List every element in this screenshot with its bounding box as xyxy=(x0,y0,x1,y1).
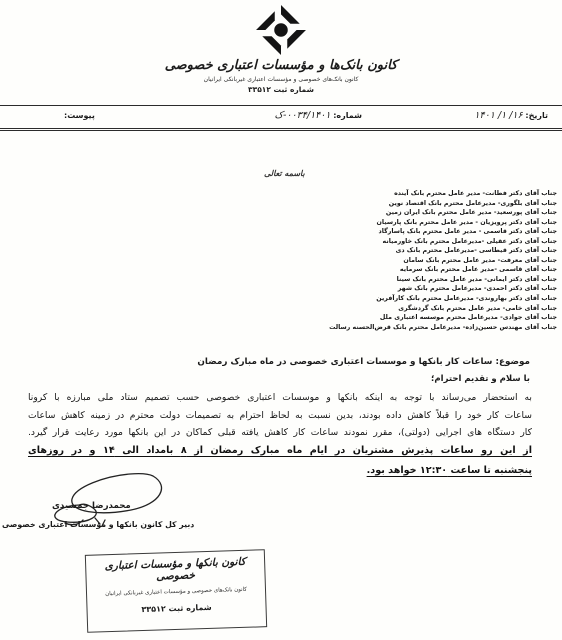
body-line: به استحضار می‌رساند با توجه به اینکه بان… xyxy=(28,389,532,407)
org-registration-number: شماره ثبت ۳۳۵۱۲ xyxy=(0,85,562,94)
number-label: شماره: xyxy=(333,111,362,120)
subject-line: موضوع: ساعات کار بانکها و موسسات اعتباری… xyxy=(197,357,530,367)
signatory-name: محمدرضا جمشیدی xyxy=(52,501,131,511)
salutation: با سلام و تقدیم احترام؛ xyxy=(431,374,530,384)
body-paragraph: به استحضار می‌رساند با توجه به اینکه بان… xyxy=(28,389,532,442)
stamp-registration-number: شماره ثبت ۳۳۵۱۲ xyxy=(87,601,265,616)
body-line: کار دستگاه های اجرایی (دولتی)، مقرر نمود… xyxy=(28,424,532,442)
date-label: تاریخ: xyxy=(525,111,548,120)
org-name: کانون بانک‌ها و مؤسسات اعتباری خصوصی xyxy=(0,58,562,73)
letter-page: کانون بانک‌ها و مؤسسات اعتباری خصوصی کان… xyxy=(0,0,562,640)
recipient-item: جناب آقای مهندس حسین‌زاده- مدیرعامل محتر… xyxy=(329,323,557,333)
recipient-item: جناب آقای قاسمی -مدیر عامل محترم بانک سر… xyxy=(329,265,557,275)
letterhead: کانون بانک‌ها و مؤسسات اعتباری خصوصی کان… xyxy=(0,4,562,94)
recipient-item: جناب آقای دکتر بهاروندی- مدیرعامل محترم … xyxy=(329,294,557,304)
number-value: ۰۰۳۴/۱۴۰۱-ک xyxy=(274,110,330,121)
date-value: ۱۶/ ۱/ ۱۴۰۱ xyxy=(474,110,522,121)
recipients-list: جناب آقای دکتر فطانت- مدیر عامل محترم با… xyxy=(329,189,557,332)
stamp-box: کانون بانکها و مؤسسات اعتباری خصوصی کانو… xyxy=(85,549,267,633)
recipient-item: جناب آقای دکتر عقیلی -مدیرعامل محترم بان… xyxy=(329,237,557,247)
handwritten-signature-icon xyxy=(35,468,175,528)
recipient-item: جناب آقای پورسعید- مدیر عامل محترم بانک … xyxy=(329,208,557,218)
recipient-item: جناب آقای معرفت- مدیر عامل محترم بانک سا… xyxy=(329,256,557,266)
stamp-org-subtitle: کانون بانک‌های خصوصی و مؤسسات اعتباری غی… xyxy=(87,586,265,598)
recipient-item: جناب آقای دکتر پرویزیان - مدیر عامل محتر… xyxy=(329,218,557,228)
recipient-item: جناب آقای دکتر قیطاسی -مدیرعامل محترم با… xyxy=(329,246,557,256)
attachment-field: پیوست: xyxy=(64,110,95,121)
signatory-title: دبیر کل کانون بانکها و مؤسسات اعتباری خص… xyxy=(2,520,194,529)
recipient-item: جناب آقای دکتر فطانت- مدیر عامل محترم با… xyxy=(329,189,557,199)
recipient-item: جناب آقای دکتر احمدی- مدیرعامل محترم بان… xyxy=(329,284,557,294)
recipient-item: جناب آقای دکتر قاسمی - مدیر عامل محترم ب… xyxy=(329,227,557,237)
body-line: ساعات کار خود را قبلاً کاهش داده بودند، … xyxy=(28,407,532,425)
recipient-item: جناب آقای بلگوری- مدیرعامل محترم بانک اق… xyxy=(329,199,557,209)
date-field: تاریخ: ۱۶/ ۱/ ۱۴۰۱ xyxy=(474,110,548,121)
besmellah-invocation: باسمه تعالی xyxy=(264,169,305,178)
info-bar: تاریخ: ۱۶/ ۱/ ۱۴۰۱ شماره: ۰۰۳۴/۱۴۰۱-ک پی… xyxy=(0,105,562,131)
recipient-item: جناب آقای دکتر ایمانی- مدیر عامل محترم ب… xyxy=(329,275,557,285)
highlight-line: از این رو ساعات پذیرش مشتریان در ایام ما… xyxy=(28,441,532,461)
attachment-label: پیوست: xyxy=(64,111,95,120)
recipient-item: جناب آقای خامی- مدیر عامل محترم بانک گرد… xyxy=(329,304,557,314)
recipient-item: جناب آقای جوادی- مدیرعامل محترم موسسه اع… xyxy=(329,313,557,323)
stamp-org-name: کانون بانکها و مؤسسات اعتباری خصوصی xyxy=(86,555,265,585)
org-subtitle: کانون بانک‌های خصوصی و مؤسسات اعتباری غی… xyxy=(0,76,562,83)
association-pinwheel-logo-icon xyxy=(252,4,310,56)
number-field: شماره: ۰۰۳۴/۱۴۰۱-ک xyxy=(274,110,362,121)
